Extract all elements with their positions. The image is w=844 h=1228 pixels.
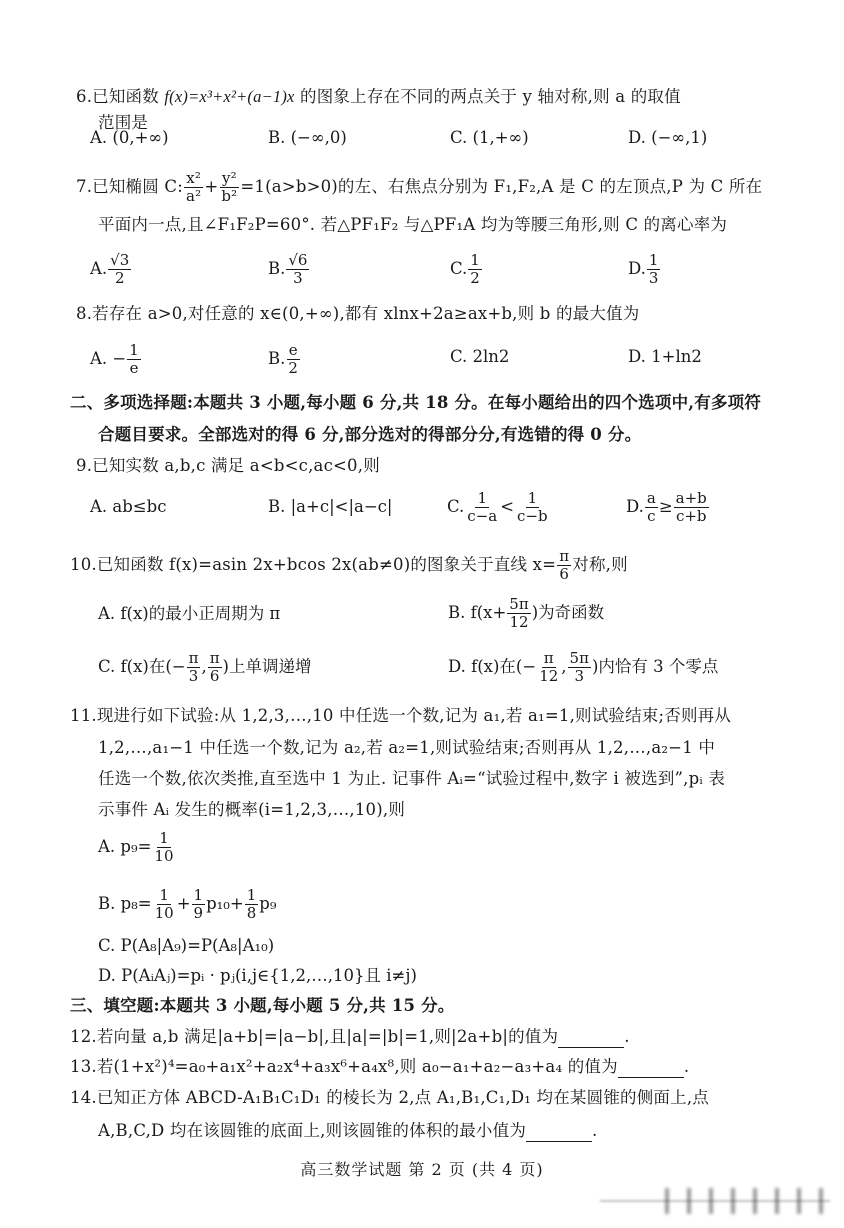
option-text-suffix: p₉ (259, 894, 276, 913)
q6-option-d: D. (−∞,1) (628, 127, 707, 149)
frac-num: π (542, 650, 556, 668)
option-label: B. (268, 349, 285, 368)
fraction: 1c−a (465, 490, 499, 525)
option-text: B. f(x+ (448, 603, 506, 622)
fraction: 12 (468, 252, 482, 287)
q6-formula: f(x)=x³+x²+(a−1)x (164, 87, 294, 106)
frac-num: x² (184, 170, 203, 188)
section-3-heading: 三、填空题:本题共 3 小题,每小题 5 分,共 15 分。 (70, 995, 454, 1017)
frac-den: 12 (537, 668, 560, 685)
frac-num: 1 (157, 830, 171, 848)
frac-den: 3 (187, 668, 201, 685)
frac-den: c (645, 508, 657, 525)
option-text: B. p₈= (98, 894, 152, 913)
q14-text: A,B,C,D 均在该圆锥的底面上,则该圆锥的体积的最小值为 (98, 1121, 526, 1140)
question-9-line-1: 9.已知实数 a,b,c 满足 a<b<c,ac<0,则 (76, 455, 380, 477)
frac-den: 3 (647, 270, 661, 287)
plus-sign: + (177, 894, 191, 913)
q9-option-c: C.1c−a<1c−b (447, 490, 551, 525)
q7-option-a: A.√32 (90, 252, 132, 287)
frac-den: 6 (208, 668, 222, 685)
period: . (592, 1121, 597, 1140)
frac-num: 1 (526, 490, 540, 508)
fraction: √63 (286, 252, 309, 287)
fraction: π6 (208, 650, 222, 685)
period: . (684, 1057, 689, 1076)
q7-option-d: D.13 (628, 252, 661, 287)
fraction: 1e (127, 342, 141, 377)
q9-option-d: D.ac≥a+bc+b (626, 490, 710, 525)
frac-den: e (128, 360, 141, 377)
frac-den: c+b (674, 508, 709, 525)
q8-option-c: C. 2ln2 (450, 346, 509, 368)
frac-den: 2 (468, 270, 482, 287)
frac-num: 5π (507, 596, 530, 614)
q6-text-suffix: 的图象上存在不同的两点关于 y 轴对称,则 a 的取值 (295, 87, 681, 106)
frac-num: π (187, 650, 201, 668)
q7-option-b: B.√63 (268, 252, 310, 287)
frac-num: 1 (475, 490, 489, 508)
section-2-heading-line-2: 合题目要求。全部选对的得 6 分,部分选对的得部分分,有选错的得 0 分。 (98, 424, 641, 446)
frac-num: √6 (286, 252, 309, 270)
q9-option-b: B. |a+c|<|a−c| (268, 496, 392, 518)
q13-text: 13.若(1+x²)⁴=a₀+a₁x²+a₂x⁴+a₃x⁶+a₄x⁸,则 a₀−… (70, 1057, 618, 1076)
q8-option-d: D. 1+ln2 (628, 346, 702, 368)
q9-option-a: A. ab≤bc (90, 496, 166, 518)
option-label: A. (90, 259, 107, 278)
plus-sign: + (204, 177, 218, 196)
question-12: 12.若向量 a,b 满足|a+b|=|a−b|,且|a|=|b|=1,则|2a… (70, 1026, 630, 1048)
frac-den: 10 (152, 848, 175, 865)
frac-num: y² (220, 170, 239, 188)
option-label: C. (450, 259, 467, 278)
question-14-line-1: 14.已知正方体 ABCD-A₁B₁C₁D₁ 的棱长为 2,点 A₁,B₁,C₁… (70, 1087, 709, 1109)
question-8-line-1: 8.若存在 a>0,对任意的 x∈(0,+∞),都有 xlnx+2a≥ax+b,… (76, 303, 639, 325)
option-text-suffix: )内恰有 3 个零点 (592, 657, 718, 676)
q7-text-suffix: =1(a>b>0)的左、右焦点分别为 F₁,F₂,A 是 C 的左顶点,P 为 … (240, 177, 762, 196)
fraction: π12 (537, 650, 560, 685)
fraction: 110 (153, 887, 176, 922)
q7-option-c: C.12 (450, 252, 483, 287)
frac-num: a (645, 490, 658, 508)
question-11-line-1: 11.现进行如下试验:从 1,2,3,…,10 中任选一个数,记为 a₁,若 a… (70, 705, 731, 727)
fraction: √32 (108, 252, 131, 287)
fraction: 18 (245, 887, 259, 922)
option-text: D. f(x)在(− (448, 657, 536, 676)
q10-option-a: A. f(x)的最小正周期为 π (98, 603, 280, 625)
frac-num: a+b (674, 490, 709, 508)
q11-option-b: B. p₈=110+19p₁₀+18p₉ (98, 887, 276, 922)
option-text-suffix: )为奇函数 (532, 603, 604, 622)
q7-fraction-y: y²b² (219, 170, 239, 205)
option-text-suffix: )上单调递增 (223, 657, 312, 676)
fraction: π3 (187, 650, 201, 685)
q11-option-d: D. P(AᵢAⱼ)=pᵢ · pⱼ(i,j∈{1,2,…,10}且 i≠j) (98, 965, 417, 987)
frac-den: c−a (465, 508, 499, 525)
frac-den: 2 (286, 360, 300, 377)
option-label: C. (447, 497, 464, 516)
option-label: A. − (90, 349, 126, 368)
frac-num: 1 (245, 887, 259, 905)
option-label: D. (626, 497, 644, 516)
question-11-line-4: 示事件 Aᵢ 发生的概率(i=1,2,3,…,10),则 (98, 799, 405, 821)
option-text-mid: p₁₀+ (206, 894, 244, 913)
answer-blank (558, 1031, 624, 1048)
q6-option-b: B. (−∞,0) (268, 127, 347, 149)
fraction: 1c−b (515, 490, 550, 525)
q10-option-b: B. f(x+5π12)为奇函数 (448, 596, 604, 631)
question-7-line-2: 平面内一点,且∠F₁F₂P=60°. 若△PF₁F₂ 与△PF₁A 均为等腰三角… (98, 214, 727, 236)
option-text: A. p₉= (98, 837, 151, 856)
frac-den: 3 (291, 270, 305, 287)
question-7-line-1: 7.已知椭圆 C:x²a²+y²b²=1(a>b>0)的左、右焦点分别为 F₁,… (76, 170, 762, 205)
frac-num: 1 (157, 887, 171, 905)
question-11-line-2: 1,2,…,a₁−1 中任选一个数,记为 a₂,若 a₂=1,则试验结束;否则再… (98, 737, 715, 759)
page-footer: 高三数学试题 第 2 页 (共 4 页) (0, 1157, 844, 1180)
option-label: D. (628, 259, 646, 278)
frac-den: 10 (153, 905, 176, 922)
period: . (624, 1027, 629, 1046)
q10-option-c: C. f(x)在(−π3,π6)上单调递增 (98, 650, 311, 685)
fraction: ac (645, 490, 658, 525)
frac-num: 5π (568, 650, 591, 668)
q7-text: 7.已知椭圆 C: (76, 177, 183, 196)
question-6-line-1: 6.已知函数 f(x)=x³+x²+(a−1)x 的图象上存在不同的两点关于 y… (76, 86, 681, 108)
fraction: π6 (557, 548, 571, 583)
frac-num: 1 (192, 887, 206, 905)
watermark-blur (655, 1188, 835, 1214)
fraction: 13 (647, 252, 661, 287)
frac-num: π (557, 548, 571, 566)
fraction: 5π3 (568, 650, 591, 685)
frac-den: 9 (192, 905, 206, 922)
q10-text: 10.已知函数 f(x)=asin 2x+bcos 2x(ab≠0)的图象关于直… (70, 555, 556, 574)
q12-text: 12.若向量 a,b 满足|a+b|=|a−b|,且|a|=|b|=1,则|2a… (70, 1027, 558, 1046)
fraction: 19 (192, 887, 206, 922)
q6-option-a: A. (0,+∞) (90, 127, 169, 149)
fraction: a+bc+b (674, 490, 709, 525)
answer-blank (618, 1061, 684, 1078)
q7-fraction-x: x²a² (184, 170, 203, 205)
q6-text: 6.已知函数 (76, 87, 164, 106)
question-14-line-2: A,B,C,D 均在该圆锥的底面上,则该圆锥的体积的最小值为. (98, 1120, 597, 1142)
fraction: 5π12 (507, 596, 530, 631)
option-text: C. f(x)在(− (98, 657, 186, 676)
operator: ≥ (659, 497, 673, 516)
frac-num: √3 (108, 252, 131, 270)
exam-page: 6.已知函数 f(x)=x³+x²+(a−1)x 的图象上存在不同的两点关于 y… (0, 0, 844, 1228)
frac-den: c−b (515, 508, 550, 525)
frac-num: 1 (647, 252, 661, 270)
section-2-heading-line-1: 二、多项选择题:本题共 3 小题,每小题 6 分,共 18 分。在每小题给出的四… (70, 392, 761, 414)
frac-den: 3 (572, 668, 586, 685)
q10-text-suffix: 对称,则 (572, 555, 628, 574)
frac-num: 1 (127, 342, 141, 360)
frac-den: b² (219, 188, 239, 205)
frac-num: π (208, 650, 222, 668)
frac-den: 6 (557, 566, 571, 583)
question-11-line-3: 任选一个数,依次类推,直至选中 1 为止. 记事件 Aᵢ=“试验过程中,数字 i… (98, 768, 725, 790)
option-label: B. (268, 259, 285, 278)
q11-option-a: A. p₉=110 (98, 830, 177, 865)
q8-option-b: B.e2 (268, 342, 301, 377)
frac-den: a² (184, 188, 203, 205)
frac-den: 8 (245, 905, 259, 922)
question-10-line-1: 10.已知函数 f(x)=asin 2x+bcos 2x(ab≠0)的图象关于直… (70, 548, 628, 583)
fraction: e2 (286, 342, 300, 377)
q6-option-c: C. (1,+∞) (450, 127, 529, 149)
frac-den: 12 (507, 614, 530, 631)
comma: , (201, 657, 206, 676)
answer-blank (526, 1125, 592, 1142)
frac-den: 2 (113, 270, 127, 287)
fraction: 110 (152, 830, 175, 865)
operator: < (500, 497, 514, 516)
frac-num: e (287, 342, 300, 360)
q8-option-a: A. −1e (90, 342, 142, 377)
q10-option-d: D. f(x)在(−π12,5π3)内恰有 3 个零点 (448, 650, 718, 685)
frac-num: 1 (468, 252, 482, 270)
q11-option-c: C. P(A₈|A₉)=P(A₈|A₁₀) (98, 935, 274, 957)
comma: , (561, 657, 566, 676)
question-13: 13.若(1+x²)⁴=a₀+a₁x²+a₂x⁴+a₃x⁶+a₄x⁸,则 a₀−… (70, 1056, 689, 1078)
